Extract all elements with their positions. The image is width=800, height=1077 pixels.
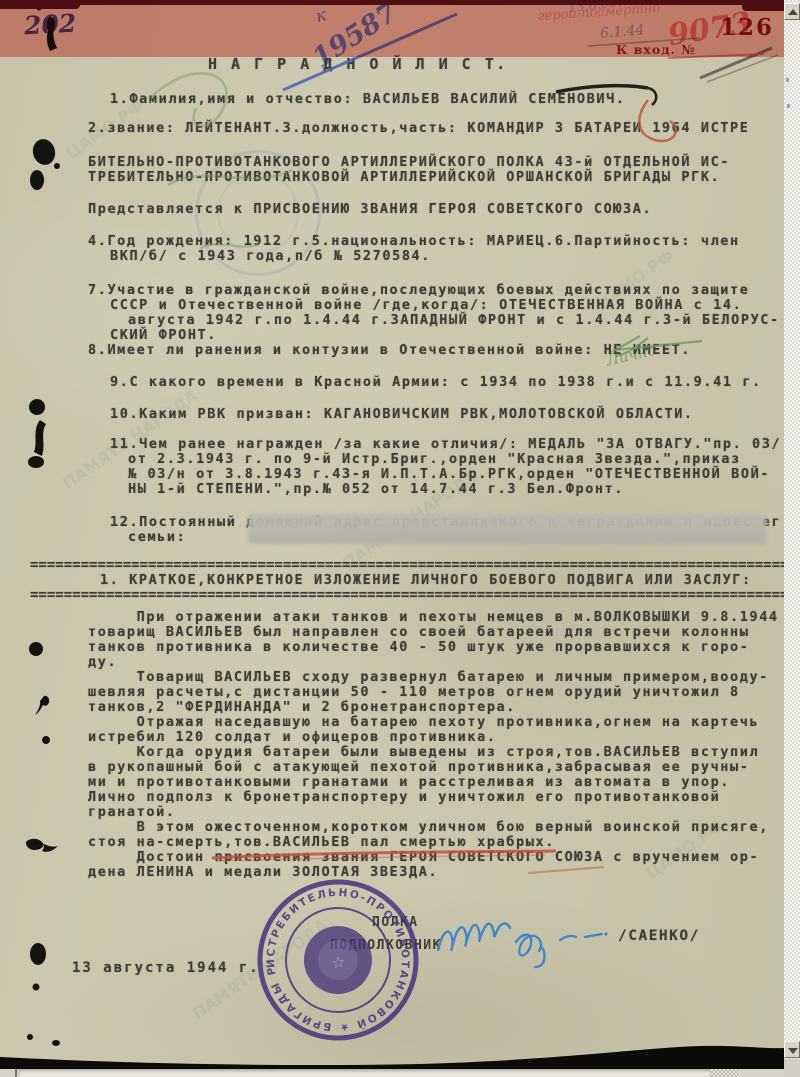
document-viewer: ПАМЯТЬ НАРОДА ПАМЯТЬ НАРОДА ЦАМО РФ ЦАМО… — [0, 0, 800, 1077]
scanned-page: ПАМЯТЬ НАРОДА ПАМЯТЬ НАРОДА ЦАМО РФ ЦАМО… — [0, 0, 784, 1077]
ink-blots — [26, 6, 60, 1047]
pen-letter-note: к — [314, 5, 329, 27]
typed-line: 2.звание: ЛЕЙТЕНАНТ.3.должность,часть: К… — [88, 121, 784, 136]
typed-line: Представляется к ПРИСВОЕНИЮ ЗВАНИЯ ГЕРОЯ… — [88, 202, 784, 217]
section-heading: 1. КРАТКОЕ,КОНКРЕТНОЕ ИЗЛОЖЕНИЕ ЛИЧНОГО … — [100, 573, 784, 588]
typed-line: 11.Чем ранее награжден /за какие отличия… — [88, 437, 784, 452]
typed-line: 4.Год рождения: 1912 г.5.национальность:… — [88, 234, 784, 249]
typed-line: БИТЕЛЬНО-ПРОТИВОТАНКОВОГО АРТИЛЛЕРИЙСКОГ… — [88, 155, 784, 170]
typed-line: НЫ 1-й СТЕПЕНИ.",пр.№ 052 от 14.7.44 г.3… — [88, 482, 784, 497]
typed-line: истребил 120 солдат и офицеров противник… — [88, 730, 784, 745]
typed-line: ду. — [88, 655, 784, 670]
typed-line: 8.Имеет ли ранения и контузии в Отечеств… — [88, 343, 784, 358]
scan-top-edge-right — [742, 0, 784, 11]
form-paragraph: 1.Фамилия,имя и отчество: ВАСИЛЬЕВ ВАСИЛ… — [88, 92, 784, 107]
scrollbar-speck — [786, 78, 789, 82]
form-paragraph: 11.Чем ранее награжден /за какие отличия… — [88, 437, 784, 497]
form-paragraph: 7.Участие в гражданской войне,последующи… — [88, 283, 784, 358]
typed-line: ВКП/б/ с 1943 года,п/б № 5270584. — [88, 249, 784, 264]
form-paragraph: 4.Год рождения: 1912 г.5.национальность:… — [88, 234, 784, 264]
form-paragraph: 10.Каким РВК призван: КАГАНОВИЧСКИМ РВК,… — [88, 407, 784, 422]
separator-line: ========================================… — [30, 590, 784, 601]
unit-seal-stamp: ИСТРЕБИТЕЛЬНО-ПРОТИВОТАНКОВОЙ ★ БРИГАДЫ … — [242, 864, 434, 1056]
form-paragraph: Представляется к ПРИСВОЕНИЮ ЗВАНИЯ ГЕРОЯ… — [88, 202, 784, 217]
typed-line: шевляя расчеты,с дистанции 50 - 110 метр… — [88, 685, 784, 700]
up-arrow-icon — [788, 9, 798, 15]
typed-line: в рукопашный бой с атакующей пехотой про… — [88, 760, 784, 775]
body-block: При отражении атаки танков и пехоты немц… — [88, 610, 784, 880]
typed-line: танков противника в количестве 40 - 50 ш… — [88, 640, 784, 655]
scan-top-edge — [0, 0, 784, 5]
horizontal-scrollbar[interactable] — [0, 1069, 784, 1077]
form-paragraph: 9.С какого времени в Красной Армии: с 19… — [88, 375, 784, 390]
typed-line: стоя на-смерть,тов.ВАСИЛЬЕВ пал смертью … — [88, 835, 784, 850]
scroll-down-button[interactable] — [784, 1041, 800, 1058]
scan-top-edge-left — [0, 0, 80, 9]
archive-folio-number: 126 — [720, 14, 774, 41]
scrollbar-corner — [784, 1059, 800, 1077]
typed-line: 1.Фамилия,имя и отчество: ВАСИЛЬЕВ ВАСИЛ… — [88, 92, 784, 107]
typed-line: ми и противотанковыми гранатами и расстр… — [88, 775, 784, 790]
commander-surname: /САЕНКО/ — [618, 928, 700, 944]
form-block: 1.Фамилия,имя и отчество: ВАСИЛЬЕВ ВАСИЛ… — [88, 92, 784, 545]
typed-line: августа 1942 г.по 1.4.44 г.ЗАПАДНЫЙ ФРОН… — [88, 313, 784, 328]
scroll-up-button[interactable] — [784, 3, 800, 20]
down-arrow-icon — [788, 1048, 798, 1054]
typed-line: 9.С какого времени в Красной Армии: с 19… — [88, 375, 784, 390]
separator-line: ========================================… — [30, 560, 784, 571]
redacted-address-blur — [248, 514, 766, 544]
typed-line: В этом ожесточенном,коротком уличном бою… — [88, 820, 784, 835]
typed-line: 7.Участие в гражданской войне,последующи… — [88, 283, 784, 298]
hscroll-checker-block — [711, 1069, 738, 1077]
hscroll-right-cap — [738, 1069, 784, 1077]
scrollbar-speck — [787, 104, 790, 108]
typed-line: Товарищ ВАСИЛЬЕВ сходу развернул батарею… — [88, 670, 784, 685]
typed-line: дена ЛЕНИНА и медали ЗОЛОТАЯ ЗВЕЗДА. — [88, 865, 784, 880]
form-paragraph: 2.звание: ЛЕЙТЕНАНТ.3.должность,часть: К… — [88, 121, 784, 136]
typed-line: При отражении атаки танков и пехоты немц… — [88, 610, 784, 625]
typed-line: от 2.3.1943 г. по 9-й Истр.Бриг.,орден "… — [88, 452, 784, 467]
typed-line: товарищ ВАСИЛЬЕВ был направлен со своей … — [88, 625, 784, 640]
citation-date: 13 августа 1944 г. — [72, 960, 260, 976]
signature-stroke — [438, 923, 608, 967]
pencil-date-note-2: 6.1.44 — [599, 22, 645, 42]
document-title: Н А Г Р А Д Н О Й Л И С Т. — [208, 55, 508, 73]
typed-column: 1.Фамилия,имя и отчество: ВАСИЛЬЕВ ВАСИЛ… — [88, 92, 784, 880]
vertical-scrollbar-track[interactable] — [784, 0, 800, 1077]
typed-line: Достоин присвоения звания ГЕРОЯ СОВЕТСКО… — [88, 850, 784, 865]
corner-page-number: 202 — [23, 9, 77, 41]
form-paragraph: БИТЕЛЬНО-ПРОТИВОТАНКОВОГО АРТИЛЛЕРИЙСКОГ… — [88, 155, 784, 185]
hscroll-left-cap — [0, 1069, 17, 1077]
typed-line: ТРЕБИТЕЛЬНО-ПРОТИВОТАНКОВОЙ АРТИЛЛЕРИЙСК… — [88, 170, 784, 185]
typed-line: Отражая наседавшую на батарею пехоту про… — [88, 715, 784, 730]
typed-line: Лично подполз к бронетранспортеру и унич… — [88, 790, 784, 805]
typed-line: танков,2 "ФЕРДИНАНДА" и 2 бронетранспорт… — [88, 700, 784, 715]
typed-line: СКИЙ ФРОНТ. — [88, 328, 784, 343]
typed-line: 10.Каким РВК призван: КАГАНОВИЧСКИМ РВК,… — [88, 407, 784, 422]
typed-line: СССР и Отечественной войне /где,когда/: … — [88, 298, 784, 313]
typed-line: Когда орудия батареи были выведены из ст… — [88, 745, 784, 760]
hscroll-track[interactable] — [19, 1069, 711, 1077]
typed-line: гранатой. — [88, 805, 784, 820]
typed-line: № 03/н от 3.8.1943 г.43-я И.П.Т.А.Бр.РГК… — [88, 467, 784, 482]
